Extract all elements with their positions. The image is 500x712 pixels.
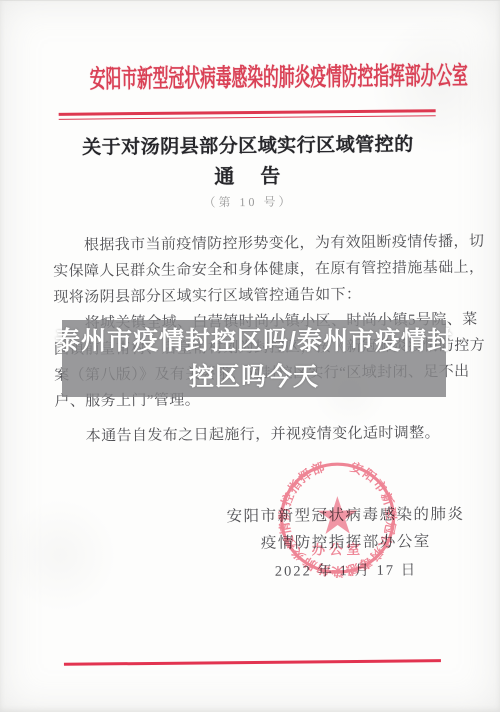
document-photo: 安阳市新型冠状病毒感染的肺炎疫情防控指挥部办公室 关于对汤阴县部分区域实行区域管… <box>0 0 500 712</box>
signature-org-line1: 安阳市新型冠状病毒感染的肺炎 <box>215 501 475 530</box>
header-rule-thin <box>59 115 436 120</box>
body-line: 根据我市当前疫情防控形势变化，为有效阻断疫情传播，切 <box>53 229 461 259</box>
notice-title: 关于对汤阴县部分区域实行区域管控的 <box>0 129 498 161</box>
signature-org-line2: 疫情防控指挥部办公室 <box>216 528 476 557</box>
notice-title-word: 通告 <box>10 157 500 191</box>
issuer-header: 安阳市新型冠状病毒感染的肺炎疫情防控指挥部办公室 <box>90 61 405 96</box>
watermark-line1: 泰州市疫情封控区吗/泰州市疫情封 <box>55 323 453 359</box>
body-line: 现将汤阴县部分区域实行区域管控通告如下： <box>53 281 461 311</box>
signature-block: 安阳市新型冠状病毒感染的肺炎 疫情防控指挥部办公室 2022 年 1 月 17 … <box>215 501 476 586</box>
body-line: 本通告自发布之日起施行，并视疫情变化适时调整。 <box>55 420 463 450</box>
doc-number: （第 10 号） <box>0 191 499 213</box>
watermark-caption: 泰州市疫情封控区吗/泰州市疫情封 控区吗今天 <box>62 320 446 397</box>
footer-rule <box>64 659 441 666</box>
watermark-line2: 控区吗今天 <box>189 359 319 395</box>
body-line: 实保障人民群众生命安全和身体健康，在原有管控措施基础上， <box>53 255 461 285</box>
signature-date: 2022 年 1 月 17 日 <box>216 557 476 586</box>
